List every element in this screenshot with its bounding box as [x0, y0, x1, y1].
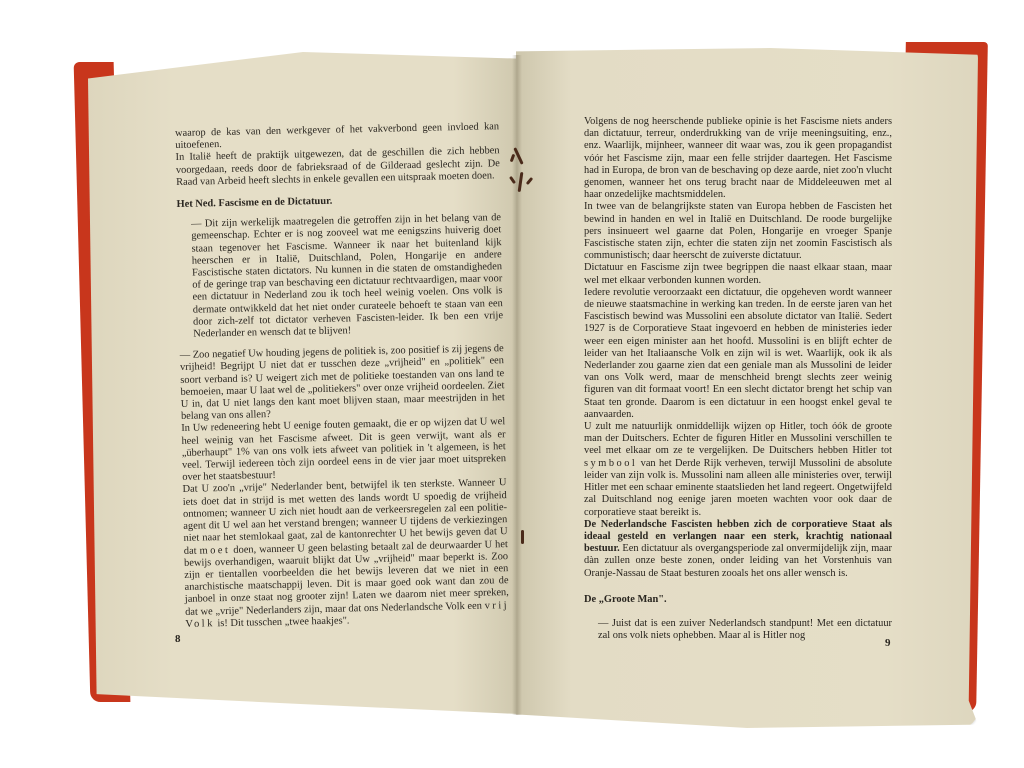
section-heading: De „Groote Man". [584, 594, 892, 606]
quote-paragraph: — Juist dat is een zuiver Nederlandsch s… [584, 618, 892, 642]
emphasis-spaced: Volk [185, 618, 215, 630]
paragraph: U zult me natuurlijk onmiddellijk wijzen… [584, 421, 892, 519]
text-run: is! Dit tusschen „twee haakjes". [215, 615, 350, 629]
paragraph: In twee van de belangrijkste staten van … [584, 201, 892, 262]
text-run: doen, wanneer U geen belasting betaalt z… [184, 539, 509, 618]
reply-paragraph: — Zoo negatief Uw houding jegens de poli… [180, 343, 505, 423]
paragraph: Dat U zoo'n „vrije" Nederlander bent, be… [182, 478, 509, 631]
paragraph: Iedere revolutie veroorzaakt een dictatu… [584, 287, 892, 421]
emphasis-spaced: vrij [485, 600, 510, 612]
page-number-left: 8 [175, 633, 181, 645]
page-number-right: 9 [885, 637, 891, 649]
paragraph: Dictatuur en Fascisme zijn twee begrippe… [584, 262, 892, 286]
paragraph: In Uw redeneering hebt U eenige fouten g… [181, 417, 506, 485]
text-run: Een dictatuur als overgangsperiode zal o… [584, 543, 892, 578]
paragraph: Volgens de nog heerschende publieke opin… [584, 116, 892, 201]
right-page-text: Volgens de nog heerschende publieke opin… [584, 116, 892, 642]
paragraph: In Italië heeft de praktijk uitgewezen, … [176, 146, 501, 189]
text-run: U zult me natuurlijk onmiddellijk wijzen… [584, 421, 892, 456]
quote-paragraph: — Dit zijn werkelijk maatregelen die get… [177, 212, 503, 341]
section-heading: Het Ned. Fascisme en de Dictatuur. [176, 192, 500, 211]
booklet-photo: waarop de kas van den werkgever of het v… [0, 0, 1024, 768]
left-page-text: waarop de kas van den werkgever of het v… [175, 121, 509, 631]
paragraph: De Nederlandsche Fascisten hebben zich d… [584, 519, 892, 580]
emphasis-spaced: symbool [584, 458, 637, 469]
emphasis-spaced: moet [199, 544, 230, 556]
